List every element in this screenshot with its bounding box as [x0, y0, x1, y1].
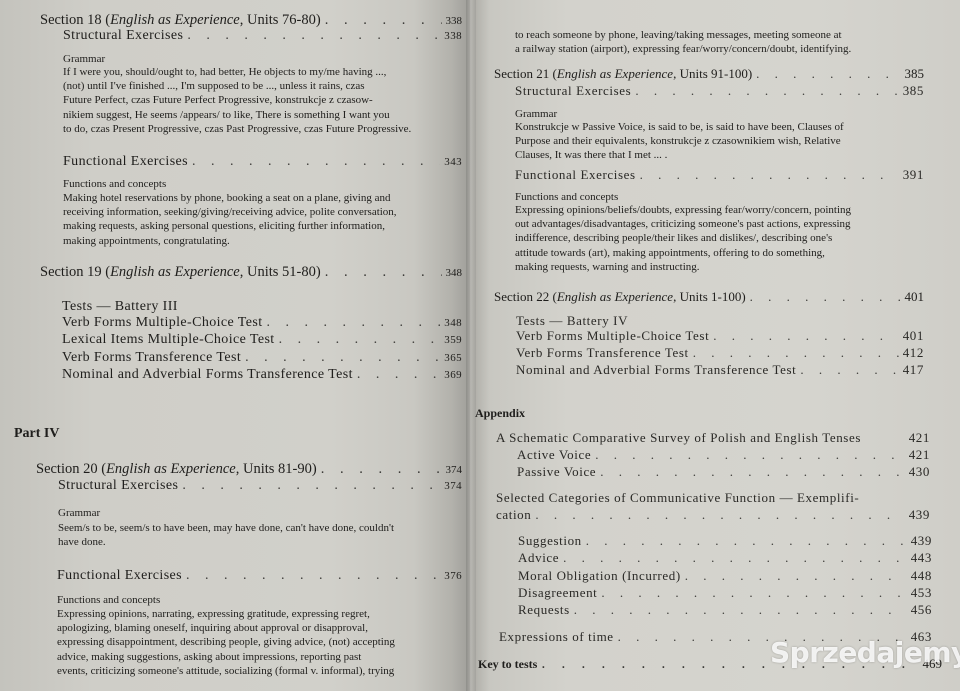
page-number: 338 [444, 30, 462, 42]
page-number: 343 [444, 156, 462, 168]
leader-dots [245, 350, 440, 366]
functions-text: Expressing opinions, narrating, expressi… [57, 607, 440, 678]
tests-battery-iii-heading: Tests — Battery III [62, 299, 178, 315]
leader-dots [601, 585, 906, 601]
right-page: to reach someone by phone, leaving/takin… [470, 0, 960, 691]
leader-dots [800, 362, 898, 378]
book-gutter [466, 0, 476, 691]
grammar-text: Konstrukcje w Passive Voice, is said to … [515, 120, 885, 163]
page-number: 439 [909, 507, 930, 523]
leader-dots [586, 533, 907, 549]
toc-selected-item: Moral Obligation (Incurred) 448 [518, 568, 932, 584]
functions-heading: Functions and concepts [63, 178, 166, 190]
grammar-heading: Grammar [63, 53, 105, 65]
page-number: 385 [905, 66, 925, 82]
sprzedajemy-watermark: Sprzedajemy .pl [770, 636, 960, 669]
leader-dots [186, 568, 440, 584]
page-number: 365 [444, 352, 462, 364]
part-iv-heading: Part IV [14, 426, 60, 442]
page-number: 448 [911, 568, 932, 584]
leader-dots [563, 550, 907, 566]
leader-dots [600, 464, 905, 480]
leader-dots [713, 328, 898, 344]
page-number: 376 [444, 570, 462, 582]
toc-test-item: Verb Forms Multiple-Choice Test 348 [62, 315, 462, 331]
toc-survey-item: Active Voice 421 [517, 447, 930, 463]
leader-dots [321, 461, 442, 478]
page-number: 456 [911, 602, 932, 618]
toc-section-22: Section 22 (English as Experience, Units… [494, 289, 924, 305]
functions-heading: Functions and concepts [515, 191, 618, 203]
page-number: 417 [903, 362, 924, 378]
toc-survey-item: Passive Voice 430 [517, 464, 930, 480]
left-page: Section 18 (English as Experience, Units… [0, 0, 470, 691]
tests-battery-iv-heading: Tests — Battery IV [516, 313, 628, 329]
toc-section-19: Section 19 (English as Experience, Units… [40, 264, 462, 281]
leader-dots [325, 12, 442, 29]
book-spread: Section 18 (English as Experience, Units… [0, 0, 960, 691]
toc-survey: A Schematic Comparative Survey of Polish… [496, 430, 930, 446]
leader-dots [685, 568, 907, 584]
toc-functional-18: Functional Exercises 343 [63, 154, 462, 170]
toc-test-item: Verb Forms Multiple-Choice Test 401 [516, 328, 924, 344]
toc-selected-item: Advice 443 [518, 550, 932, 566]
toc-selected-item: Disagreement 453 [518, 585, 932, 601]
page-number: 421 [909, 430, 930, 446]
leader-dots [279, 332, 441, 348]
page-number: 401 [903, 328, 924, 344]
toc-structural-21: Structural Exercises 385 [515, 83, 924, 99]
leader-dots [635, 83, 898, 99]
toc-selected: cation 439 [496, 507, 930, 523]
page-number: 443 [911, 550, 932, 566]
page-number: 348 [444, 317, 462, 329]
toc-selected-item: Suggestion 439 [518, 533, 932, 549]
leader-dots [756, 66, 900, 82]
page-number: 359 [444, 334, 462, 346]
toc-selected-item: Requests 456 [518, 602, 932, 618]
appendix-heading: Appendix [475, 406, 525, 421]
page-number: 369 [444, 369, 462, 381]
leader-dots [267, 315, 441, 331]
leader-dots [574, 602, 907, 618]
page-number: 374 [446, 464, 463, 476]
leader-dots [640, 167, 899, 183]
toc-functional-21: Functional Exercises 391 [515, 167, 924, 183]
toc-functional-20: Functional Exercises 376 [57, 568, 462, 584]
continued-functions-text: to reach someone by phone, leaving/takin… [515, 28, 885, 56]
toc-structural-20: Structural Exercises 374 [58, 478, 462, 494]
toc-test-item: Nominal and Adverbial Forms Transference… [516, 362, 924, 378]
toc-test-item: Verb Forms Transference Test 365 [62, 350, 462, 366]
page-number: 421 [909, 447, 930, 463]
page-number: 401 [905, 289, 925, 305]
leader-dots [595, 447, 904, 463]
toc-test-item: Nominal and Adverbial Forms Transference… [62, 367, 462, 383]
toc-test-item: Verb Forms Transference Test 412 [516, 345, 924, 361]
leader-dots [187, 28, 440, 44]
watermark-text: Sprzedajemy [770, 636, 960, 669]
toc-section-18: Section 18 (English as Experience, Units… [40, 12, 462, 29]
page-number: 385 [903, 83, 924, 99]
grammar-heading: Grammar [58, 507, 100, 519]
leader-dots [182, 478, 440, 494]
page-number: 439 [911, 533, 932, 549]
grammar-text: If I were you, should/ought to, had bett… [63, 65, 435, 136]
toc-test-item: Lexical Items Multiple-Choice Test 359 [62, 332, 462, 348]
leader-dots [357, 367, 440, 383]
toc-selected-line1: Selected Categories of Communicative Fun… [496, 490, 859, 506]
grammar-heading: Grammar [515, 108, 557, 120]
page-number: 374 [444, 480, 462, 492]
leader-dots [325, 264, 442, 281]
page-number: 412 [903, 345, 924, 361]
grammar-text: Seem/s to be, seem/s to have been, may h… [58, 521, 438, 549]
leader-dots [693, 345, 899, 361]
toc-section-21: Section 21 (English as Experience, Units… [494, 66, 924, 82]
page-number: 430 [909, 464, 930, 480]
page-number: 348 [446, 267, 463, 279]
functions-text: Expressing opinions/beliefs/doubts, expr… [515, 203, 885, 274]
leader-dots [750, 289, 901, 305]
page-number: 453 [911, 585, 932, 601]
page-number: 338 [446, 15, 463, 27]
functions-text: Making hotel reservations by phone, book… [63, 191, 435, 248]
functions-heading: Functions and concepts [57, 594, 160, 606]
toc-section-20: Section 20 (English as Experience, Units… [36, 461, 462, 478]
leader-dots [192, 154, 440, 170]
page-number: 391 [903, 167, 924, 183]
toc-structural-18: Structural Exercises 338 [63, 28, 462, 44]
leader-dots [535, 507, 904, 523]
